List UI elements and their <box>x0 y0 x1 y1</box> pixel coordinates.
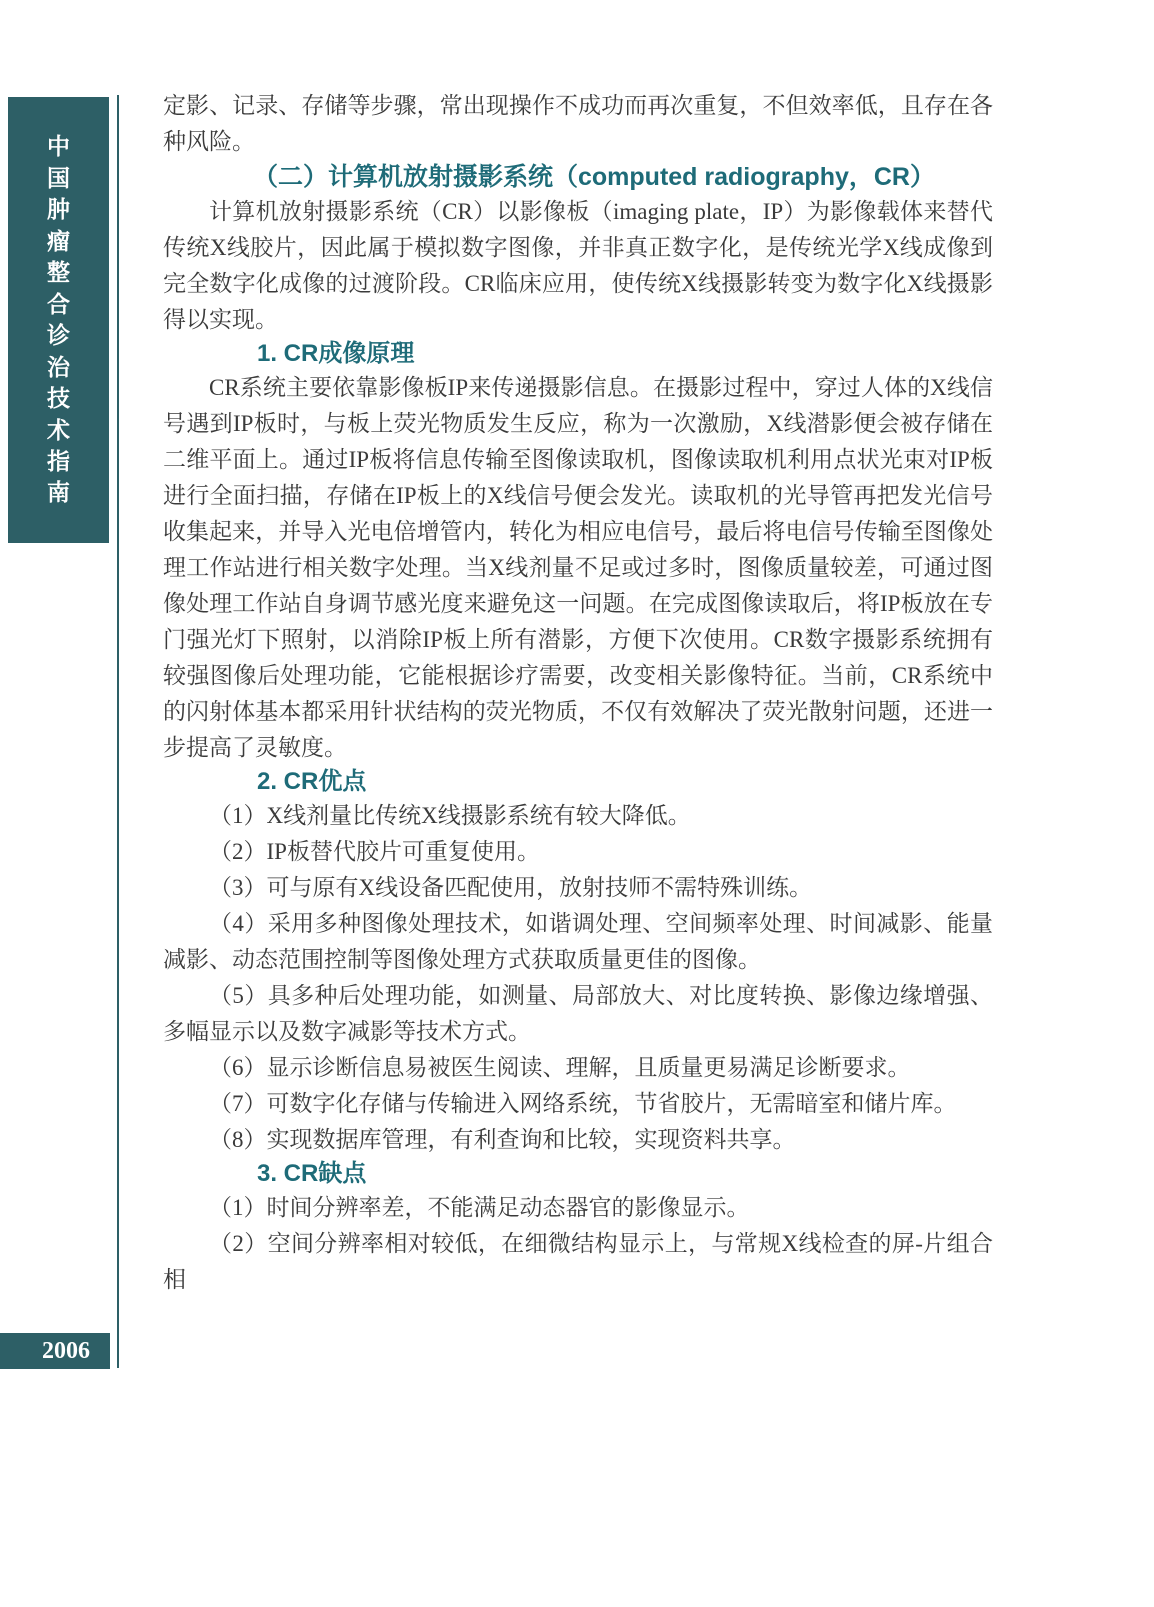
subsection-heading-imaging-principle: 1. CR成像原理 <box>163 338 993 370</box>
list-item-advantage: （1）X线剂量比传统X线摄影系统有较大降低。 <box>163 798 993 834</box>
list-item-advantage: （5）具多种后处理功能，如测量、局部放大、对比度转换、影像边缘增强、多幅显示以及… <box>163 978 993 1050</box>
paragraph-cr-overview: 计算机放射摄影系统（CR）以影像板（imaging plate，IP）为影像载体… <box>163 194 993 338</box>
subsection-heading-disadvantages: 3. CR缺点 <box>163 1158 993 1190</box>
page-number-badge: 2006 <box>0 1333 110 1369</box>
list-item-advantage: （4）采用多种图像处理技术，如谐调处理、空间频率处理、时间减影、能量减影、动态范… <box>163 906 993 978</box>
list-item-disadvantage: （1）时间分辨率差，不能满足动态器官的影像显示。 <box>163 1190 993 1226</box>
paragraph-intro-continuation: 定影、记录、存储等步骤，常出现操作不成功而再次重复，不但效率低，且存在各种风险。 <box>163 88 993 160</box>
list-item-advantage: （3）可与原有X线设备匹配使用，放射技师不需特殊训练。 <box>163 870 993 906</box>
subsection-heading-advantages: 2. CR优点 <box>163 766 993 798</box>
spine-char: 指 <box>47 450 70 473</box>
spine-char: 整 <box>47 261 70 284</box>
list-item-advantage: （2）IP板替代胶片可重复使用。 <box>163 834 993 870</box>
spine-char: 术 <box>47 419 70 442</box>
spine-char: 合 <box>47 293 70 316</box>
section-heading: （二）计算机放射摄影系统（computed radiography，CR） <box>163 160 993 194</box>
spine-char: 中 <box>47 135 70 158</box>
book-page: { "page": { "number": "2006", "sidebar_t… <box>0 0 1154 1607</box>
sidebar-spine-title: 中 国 肿 瘤 整 合 诊 治 技 术 指 南 <box>8 97 109 543</box>
main-text-column: 定影、记录、存储等步骤，常出现操作不成功而再次重复，不但效率低，且存在各种风险。… <box>163 88 993 1298</box>
spine-char: 肿 <box>47 198 70 221</box>
vertical-divider <box>117 95 119 1368</box>
list-item-disadvantage: （2）空间分辨率相对较低，在细微结构显示上，与常规X线检查的屏-片组合相 <box>163 1226 993 1298</box>
spine-char: 国 <box>47 167 70 190</box>
paragraph-cr-principle: CR系统主要依靠影像板IP来传递摄影信息。在摄影过程中，穿过人体的X线信号遇到I… <box>163 370 993 766</box>
spine-char: 瘤 <box>47 230 70 253</box>
list-item-advantage: （8）实现数据库管理，有利查询和比较，实现资料共享。 <box>163 1122 993 1158</box>
spine-char: 技 <box>47 387 70 410</box>
spine-char: 南 <box>47 481 70 504</box>
spine-char: 治 <box>47 356 70 379</box>
list-item-advantage: （7）可数字化存储与传输进入网络系统，节省胶片，无需暗室和储片库。 <box>163 1086 993 1122</box>
list-item-advantage: （6）显示诊断信息易被医生阅读、理解，且质量更易满足诊断要求。 <box>163 1050 993 1086</box>
spine-char: 诊 <box>47 324 70 347</box>
